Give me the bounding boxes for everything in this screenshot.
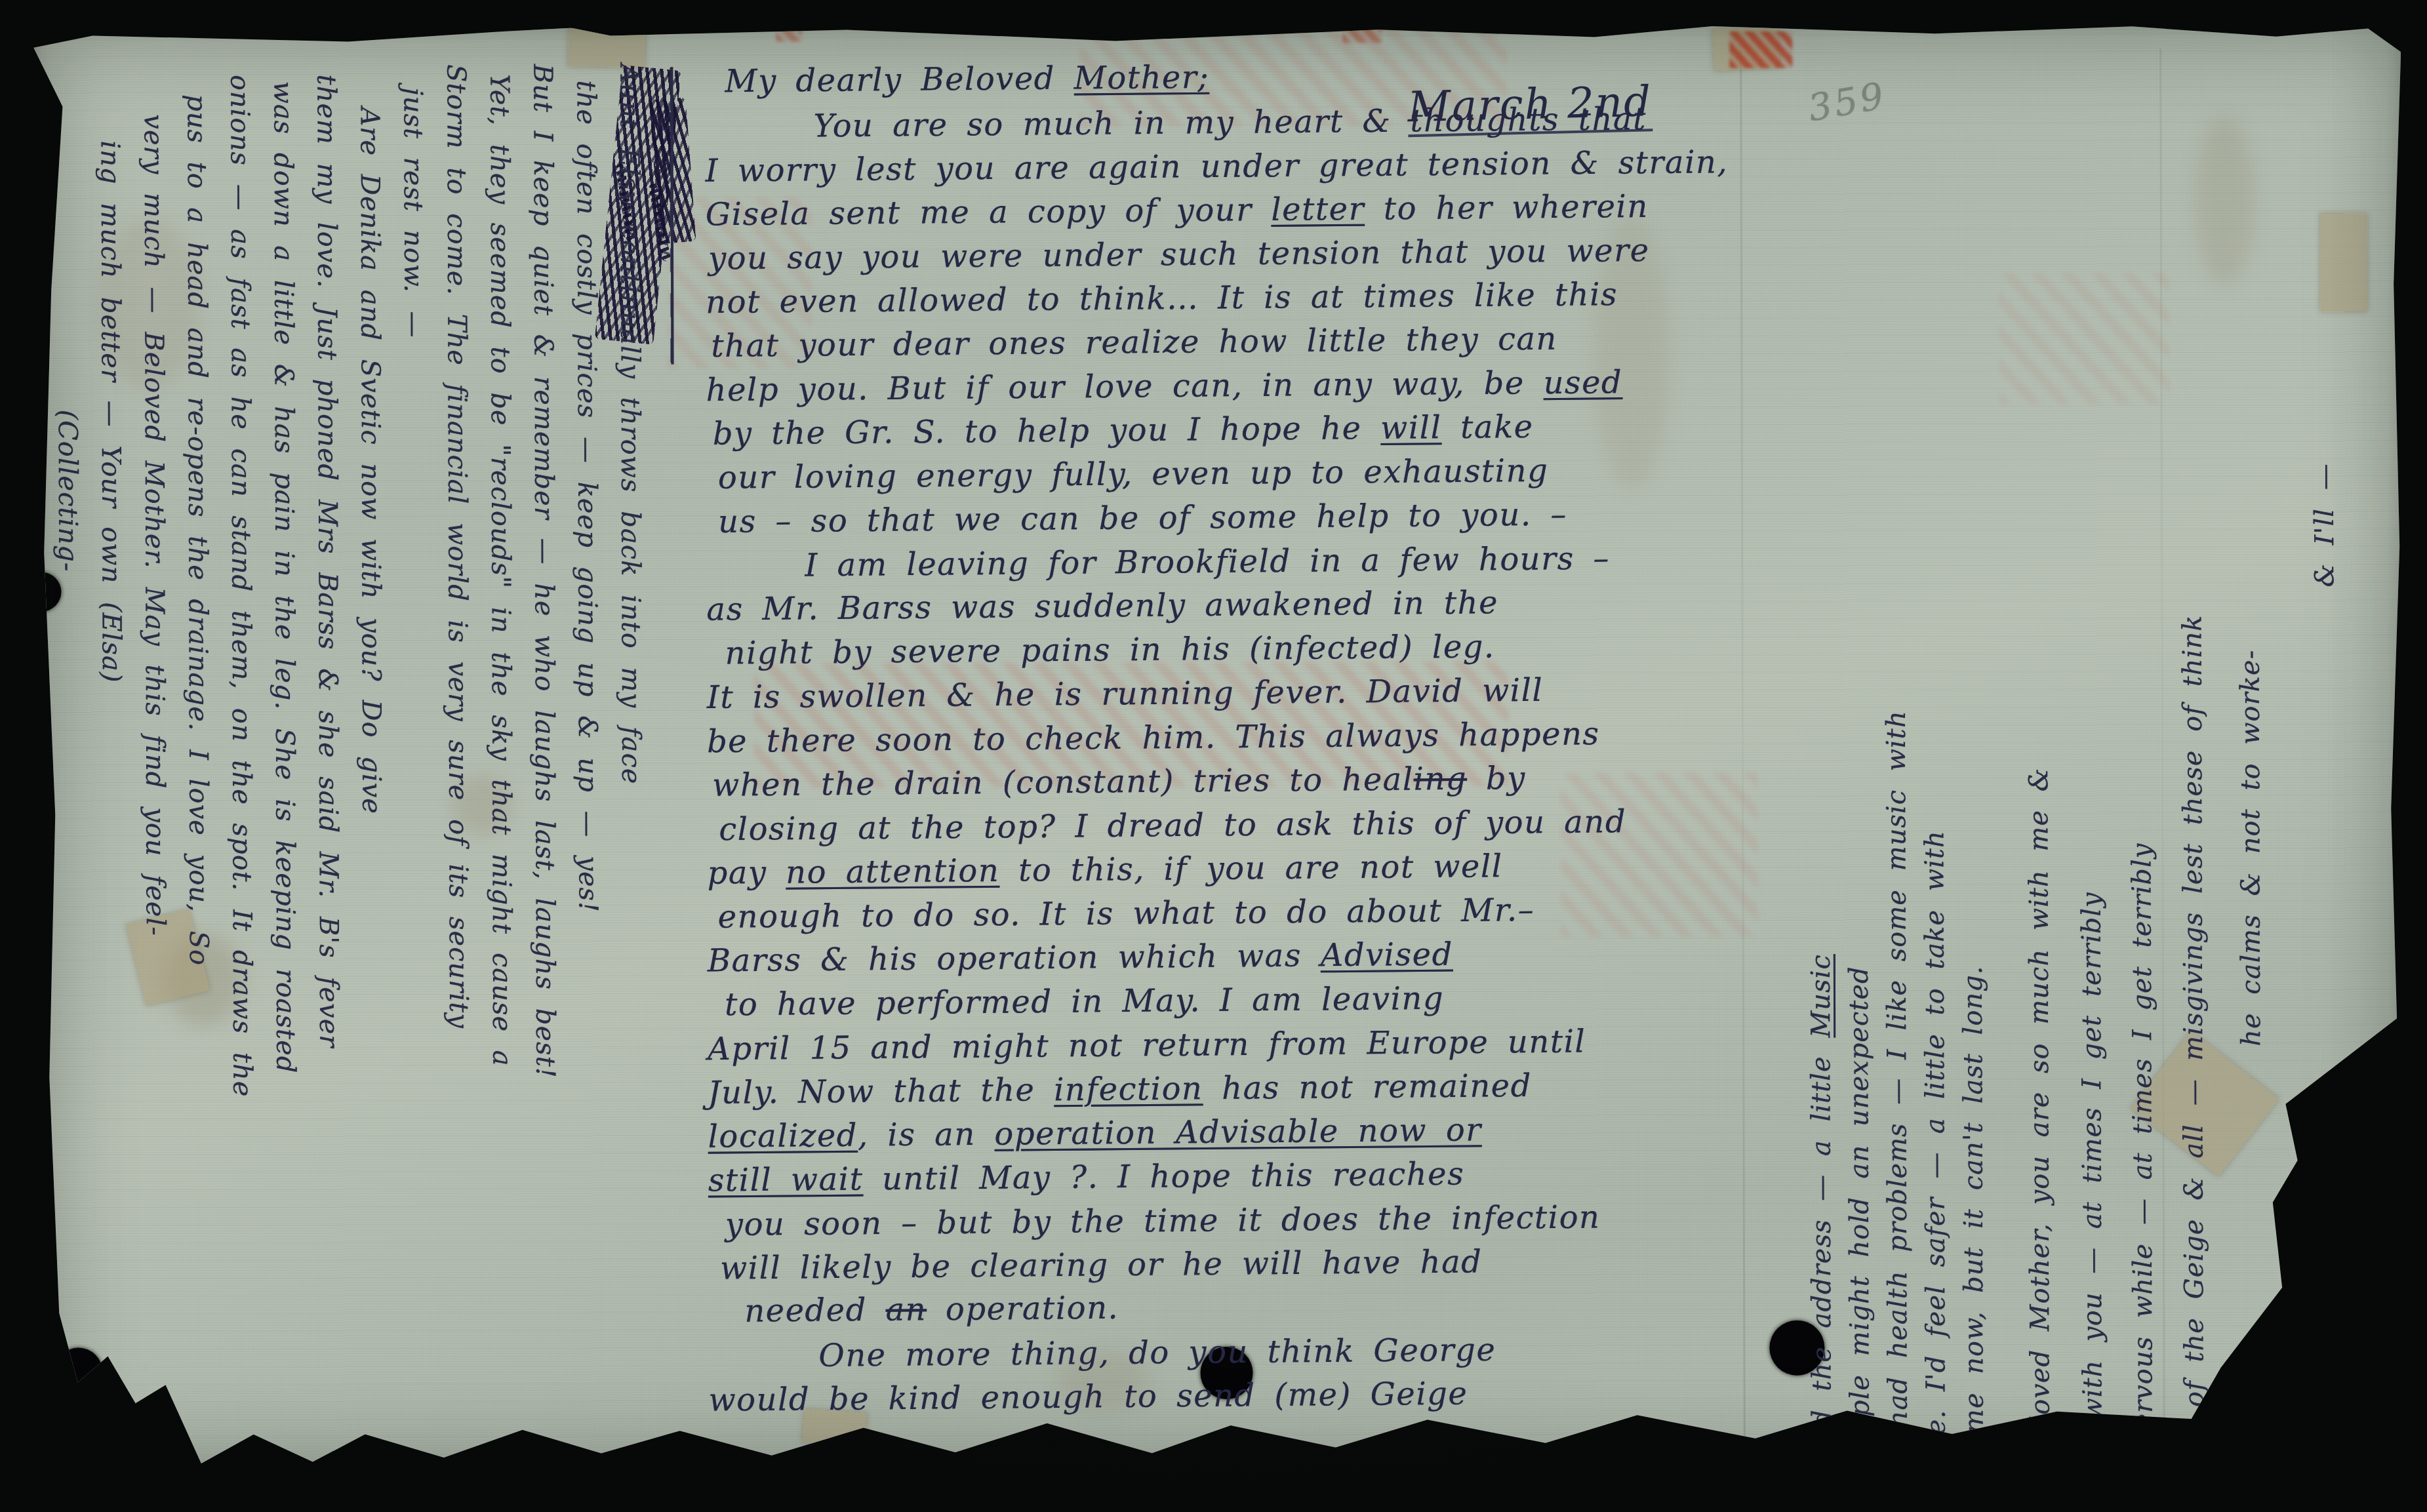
right-margin-column: me now, but it can't last long. bbox=[1958, 965, 1990, 1434]
punch-hole bbox=[54, 1347, 102, 1396]
punch-hole bbox=[1200, 1347, 1253, 1399]
body-line: July. Now that the infection has not rem… bbox=[708, 1067, 1532, 1111]
tape-fragment bbox=[2131, 1031, 2279, 1177]
left-margin-column: But I keep quiet & remember — he who lau… bbox=[527, 64, 560, 1079]
body-line: as Mr. Barss was suddenly awakened in th… bbox=[706, 584, 1498, 628]
ink-scribble bbox=[648, 183, 671, 262]
left-margin-column: just rest now. — bbox=[397, 87, 428, 338]
page-number-pencil: 359 bbox=[1805, 75, 1889, 130]
right-margin-column: with you — at times I get terribly bbox=[2077, 892, 2108, 1420]
body-line: localized, is an operation Advisable now… bbox=[708, 1111, 1482, 1155]
body-line: April 15 and might not return from Europ… bbox=[708, 1023, 1586, 1067]
right-margin-column: he calms & not to worke- bbox=[2236, 650, 2267, 1046]
tape-fragment bbox=[568, 28, 646, 68]
tape-fragment bbox=[126, 909, 210, 1006]
letter-body: My dearly Beloved Mother;You are so much… bbox=[33, 22, 2401, 28]
left-margin-column: them my love. Just phoned Mrs Barss & sh… bbox=[311, 75, 344, 1048]
airmail-stripe-bleed bbox=[668, 198, 812, 369]
red-ink-mark bbox=[1342, 26, 1382, 43]
left-margin-column: very much — Beloved Mother. May this fin… bbox=[138, 114, 170, 936]
right-margin-column: & I'll — bbox=[2310, 463, 2340, 587]
left-margin-column: ing much better — Your own (Elsa) bbox=[95, 140, 127, 683]
left-margin-column: — — — — — — — bbox=[657, 67, 688, 364]
letter-paper: 359 March 2nd My dearly Beloved Mother;Y… bbox=[33, 22, 2405, 1473]
body-line: you say you were under such tension that… bbox=[708, 232, 1650, 277]
punch-hole bbox=[22, 572, 61, 612]
body-line: pay no attention to this, if you are not… bbox=[707, 848, 1502, 892]
body-line: night by severe pains in his (infected) … bbox=[725, 628, 1495, 671]
body-line: you soon – but by the time it does the i… bbox=[725, 1199, 1601, 1243]
right-margin-column: and the address — a little Music bbox=[1806, 954, 1837, 1461]
left-margin-column: Aunt Elsy continually throws back into m… bbox=[614, 64, 646, 784]
paper-stain bbox=[2195, 115, 2255, 286]
body-line: be there soon to check him. This always … bbox=[707, 715, 1600, 760]
paper-stain bbox=[165, 934, 243, 1025]
airmail-stripe-bleed bbox=[1999, 273, 2170, 405]
paper-stain bbox=[1592, 215, 1672, 490]
left-margin-column: Storm to come. The financial world is ve… bbox=[441, 64, 473, 1029]
right-margin-writing: and the address — a little Musicpeople m… bbox=[33, 22, 2401, 28]
right-margin-column: me. I'd feel safer — a little to take wi… bbox=[1919, 830, 1952, 1460]
body-line: when the drain (constant) tries to heali… bbox=[712, 760, 1526, 804]
body-line: One more thing, do you think George bbox=[818, 1332, 1496, 1374]
body-line: not even allowed to think… It is at time… bbox=[706, 276, 1618, 321]
body-line: by the Gr. S. to help you I hope he will… bbox=[713, 408, 1534, 452]
body-line: to have performed in May. I am leaving bbox=[725, 980, 1444, 1024]
body-line: Barss & his operation which was Advised bbox=[708, 936, 1453, 980]
right-margin-column: had health problems — I like some music … bbox=[1881, 710, 1914, 1427]
red-ink-mark bbox=[776, 28, 802, 42]
date-line: March 2nd bbox=[1407, 77, 1653, 137]
body-line: closing at the top? I dread to ask this … bbox=[719, 803, 1626, 848]
body-line: You are so much in my heart & thoughts t… bbox=[813, 100, 1647, 144]
body-line: My dearly Beloved Mother; bbox=[725, 59, 1209, 100]
body-line: still wait until May ?. I hope this reac… bbox=[708, 1156, 1464, 1199]
right-margin-column: nervous while — at times I get terribly bbox=[2127, 843, 2158, 1447]
tape-fragment bbox=[2320, 213, 2367, 311]
scan-artifacts bbox=[33, 22, 2401, 28]
ink-scribble bbox=[615, 163, 635, 243]
tape-fragment bbox=[802, 1408, 867, 1446]
ink-scribble bbox=[649, 97, 696, 243]
right-margin-column: Beloved Mother, you are so much with me … bbox=[2024, 768, 2056, 1460]
body-line: us – so that we can be of some help to y… bbox=[718, 496, 1567, 540]
body-line: our loving energy fully, even up to exha… bbox=[718, 452, 1549, 496]
right-margin-column: people might hold an unexpected bbox=[1844, 966, 1875, 1467]
body-line: I am leaving for Brookfield in a few hou… bbox=[805, 540, 1610, 584]
airmail-stripe-bleed bbox=[754, 662, 1508, 788]
care-of-note: care of bbox=[1565, 1433, 1644, 1460]
body-line: help you. But if our love can, in any wa… bbox=[706, 364, 1622, 408]
left-margin-column: was down a little & has pain in the leg.… bbox=[268, 81, 300, 1074]
body-line: enough to do so. It is what to do about … bbox=[717, 892, 1534, 936]
body-line: It is swollen & he is running fever. Dav… bbox=[707, 672, 1544, 716]
body-line: will likely be clearing or he will have … bbox=[720, 1243, 1483, 1286]
tape-fragment bbox=[1712, 26, 1780, 71]
fold-crease bbox=[1740, 50, 1746, 1453]
body-line: Gisela sent me a copy of your letter to … bbox=[706, 188, 1649, 233]
scan-background: 359 March 2nd My dearly Beloved Mother;Y… bbox=[0, 0, 2427, 1512]
left-margin-column: Yet, they seemed to be "reclouds" in the… bbox=[484, 74, 517, 1067]
red-ink-mark bbox=[1729, 31, 1792, 68]
airmail-stripe-bleed bbox=[1080, 27, 1506, 127]
left-margin-column: (Collecting- bbox=[52, 410, 83, 572]
left-margin-column: onions — as fast as he can stand them, o… bbox=[224, 75, 257, 1098]
left-margin-column: pus to a head and re-opens the drainage.… bbox=[181, 94, 213, 966]
body-line: that your dear ones realize how little t… bbox=[711, 321, 1557, 365]
body-line: would be kind enough to send (me) Geige bbox=[708, 1375, 1468, 1418]
punch-hole bbox=[1769, 1321, 1824, 1376]
left-margin-writing: — — — — — — —Aunt Elsy continually throw… bbox=[33, 22, 2401, 28]
paper-stain bbox=[1057, 1351, 1149, 1410]
paper-stain bbox=[452, 776, 511, 835]
fold-crease bbox=[2159, 49, 2165, 1452]
body-line: I worry lest you are again under great t… bbox=[705, 144, 1728, 189]
left-margin-column: Are Denika and Svetic now with you? Do g… bbox=[354, 107, 386, 814]
body-line: needed an operation. bbox=[744, 1290, 1119, 1330]
left-margin-column: the often costly prices — keep going up … bbox=[571, 80, 603, 913]
paper-stain bbox=[97, 219, 203, 389]
right-margin-column: of the Geige & all — misgivings lest the… bbox=[2177, 615, 2209, 1408]
airmail-stripe-bleed bbox=[1561, 772, 1758, 937]
ink-scribble bbox=[595, 65, 681, 345]
